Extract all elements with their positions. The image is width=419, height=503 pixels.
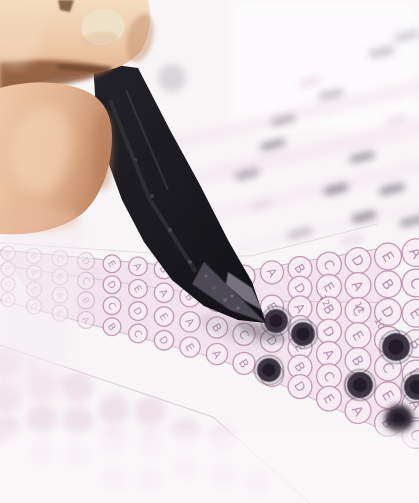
answer-bubble: A — [261, 261, 284, 284]
answer-bubble: D — [317, 319, 342, 344]
answer-bubble: D — [103, 276, 121, 294]
answer-bubble: A — [345, 398, 371, 424]
answer-bubble: A — [78, 311, 95, 328]
blurred-bubble — [99, 395, 129, 425]
answer-bubble: E — [103, 255, 121, 273]
filled-bubble — [255, 356, 284, 385]
answer-bubble: D — [288, 375, 312, 399]
answer-bubble: D — [154, 331, 173, 350]
answer-bubble: E — [345, 323, 371, 349]
thumb-edge-shadow — [93, 110, 113, 190]
blurred-bubble — [63, 372, 93, 402]
filled-bubble — [345, 370, 376, 401]
answer-bubble: B — [78, 292, 95, 309]
answer-bubble: D — [129, 302, 148, 321]
blurred-bubble — [27, 404, 57, 434]
answer-bubble: E — [375, 382, 402, 409]
answer-bubble: C — [317, 252, 342, 277]
thumb-reflected-light — [0, 207, 80, 231]
answer-bubble: C — [103, 297, 121, 315]
answer-bubble: C — [317, 364, 342, 389]
bottom-blur-wash — [0, 432, 419, 503]
answer-bubble: A — [180, 312, 200, 332]
answer-bubble: E — [154, 307, 173, 326]
answer-bubble: E — [129, 279, 148, 298]
answer-bubble: A — [129, 257, 148, 276]
answer-sheet-photo: AEDCBAEDCBAEDCBAEDCBAEDCBAEDCBAEDCBAEDCB… — [0, 0, 419, 503]
answer-bubble: A — [206, 343, 227, 364]
blurred-bubble — [135, 397, 165, 427]
blurred-bubble — [63, 406, 93, 436]
answer-bubble: A — [345, 273, 371, 299]
answer-bubble: E — [180, 337, 200, 357]
answer-bubble: E — [375, 243, 402, 270]
answer-bubble: B — [103, 318, 121, 336]
filled-bubble — [380, 331, 413, 364]
filled-bubble — [383, 403, 416, 436]
filled-bubble — [289, 320, 318, 349]
answer-bubble: E — [317, 386, 342, 411]
answer-bubble: A — [317, 341, 342, 366]
answer-bubble: B — [233, 352, 255, 374]
answer-bubble: D — [345, 248, 371, 274]
far-smudge — [158, 64, 186, 92]
answer-bubble: B — [375, 271, 402, 298]
answer-bubble: C — [129, 324, 148, 343]
answer-bubble: A — [154, 283, 173, 302]
photo-omr-scene: AEDCBAEDCBAEDCBAEDCBAEDCBAEDCBAEDCBAEDCB… — [0, 0, 419, 503]
